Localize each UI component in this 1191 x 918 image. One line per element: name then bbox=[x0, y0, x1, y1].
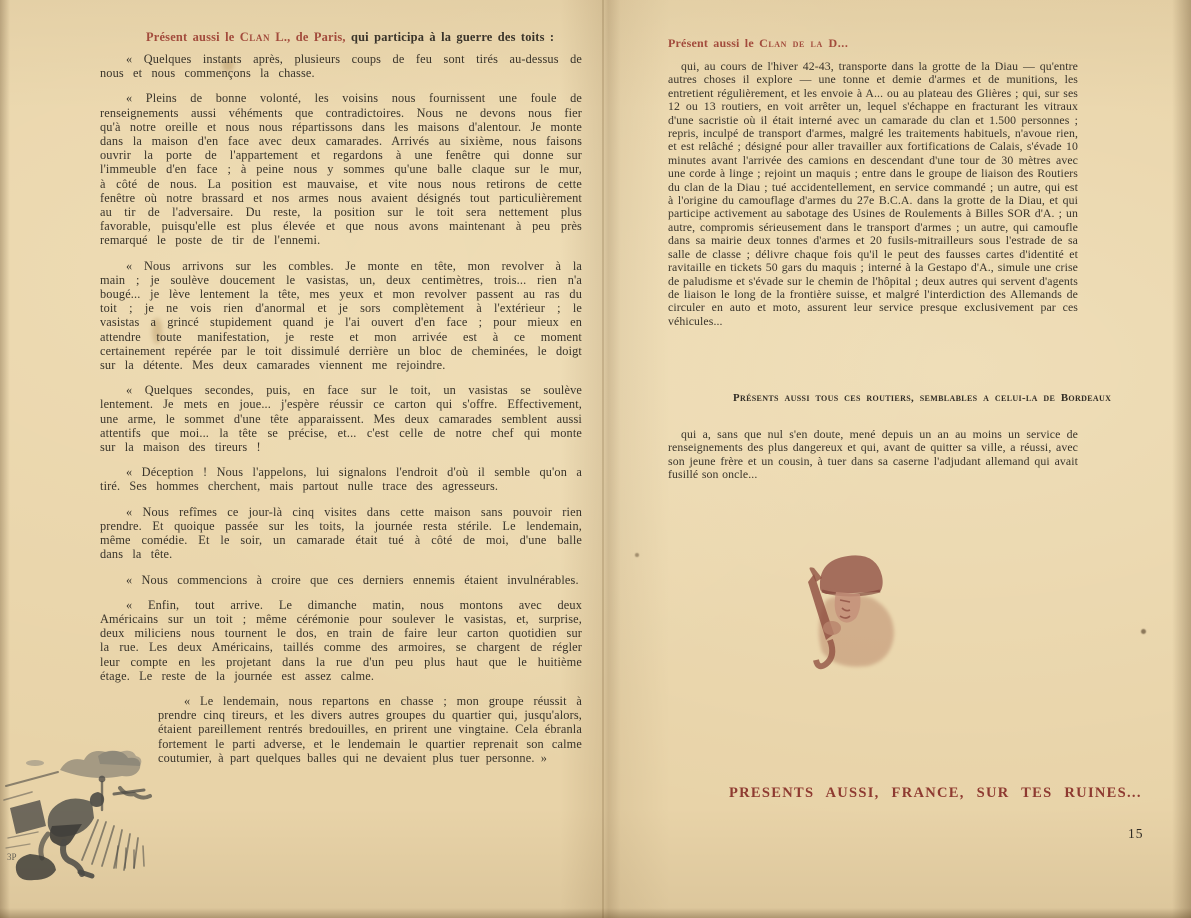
paragraph: « Quelques instants après, plusieurs cou… bbox=[100, 52, 582, 80]
paper-speck bbox=[1141, 629, 1146, 634]
clan-name: Clan bbox=[240, 30, 270, 44]
header-lead: Présent aussi le bbox=[668, 36, 754, 50]
paper-speck bbox=[635, 553, 639, 557]
page-number: 15 bbox=[1128, 826, 1144, 842]
left-page-body: « Quelques instants après, plusieurs cou… bbox=[100, 52, 582, 776]
left-page-header: Présent aussi le Clan L., de Paris, qui … bbox=[146, 30, 554, 45]
helmeted-soldier-sketch-illustration bbox=[806, 548, 926, 688]
paragraph: qui a, sans que nul s'en doute, mené dep… bbox=[668, 428, 1078, 482]
right-page-edge bbox=[1172, 0, 1191, 918]
sketch-signature: 3P bbox=[7, 852, 17, 862]
paragraph: « Pleins de bonne volonté, les voisins n… bbox=[100, 91, 582, 247]
paragraph: « Quelques secondes, puis, en face sur l… bbox=[100, 383, 582, 454]
section-caps-line: Présents aussi tous ces routiers, sembla… bbox=[733, 392, 1111, 404]
right-page-intro: qui, au cours de l'hiver 42-43, transpor… bbox=[668, 60, 1078, 328]
paragraph: « Nous refîmes ce jour-là cinq visites d… bbox=[100, 505, 582, 562]
paragraph: « Déception ! Nous l'appelons, lui signa… bbox=[100, 465, 582, 493]
header-lead: Présent aussi le bbox=[146, 30, 234, 44]
clan-name: Clan de la D... bbox=[759, 36, 848, 50]
paragraph: « Enfin, tout arrive. Le dimanche matin,… bbox=[100, 598, 582, 683]
right-page-bordeaux: qui a, sans que nul s'en doute, mené dep… bbox=[668, 428, 1078, 482]
paragraph: qui, au cours de l'hiver 42-43, transpor… bbox=[668, 60, 1078, 328]
gutter-crease bbox=[602, 0, 604, 918]
book-spread: { "document": { "left_page": { "header":… bbox=[0, 0, 1191, 918]
header-rest: L., de Paris, bbox=[275, 30, 345, 44]
right-page-header: Présent aussi le Clan de la D... bbox=[668, 36, 849, 51]
paragraph: « Le lendemain, nous repartons en chasse… bbox=[158, 694, 582, 765]
header-tail: qui participa à la guerre des toits : bbox=[351, 30, 554, 44]
paragraph: « Nous commencions à croire que ces dern… bbox=[100, 573, 582, 587]
rooftop-chase-sketch-illustration: 3P bbox=[2, 742, 192, 914]
closing-red-caps-line: PRESENTS AUSSI, FRANCE, SUR TES RUINES..… bbox=[729, 785, 1142, 802]
paragraph: « Nous arrivons sur les combles. Je mont… bbox=[100, 259, 582, 373]
